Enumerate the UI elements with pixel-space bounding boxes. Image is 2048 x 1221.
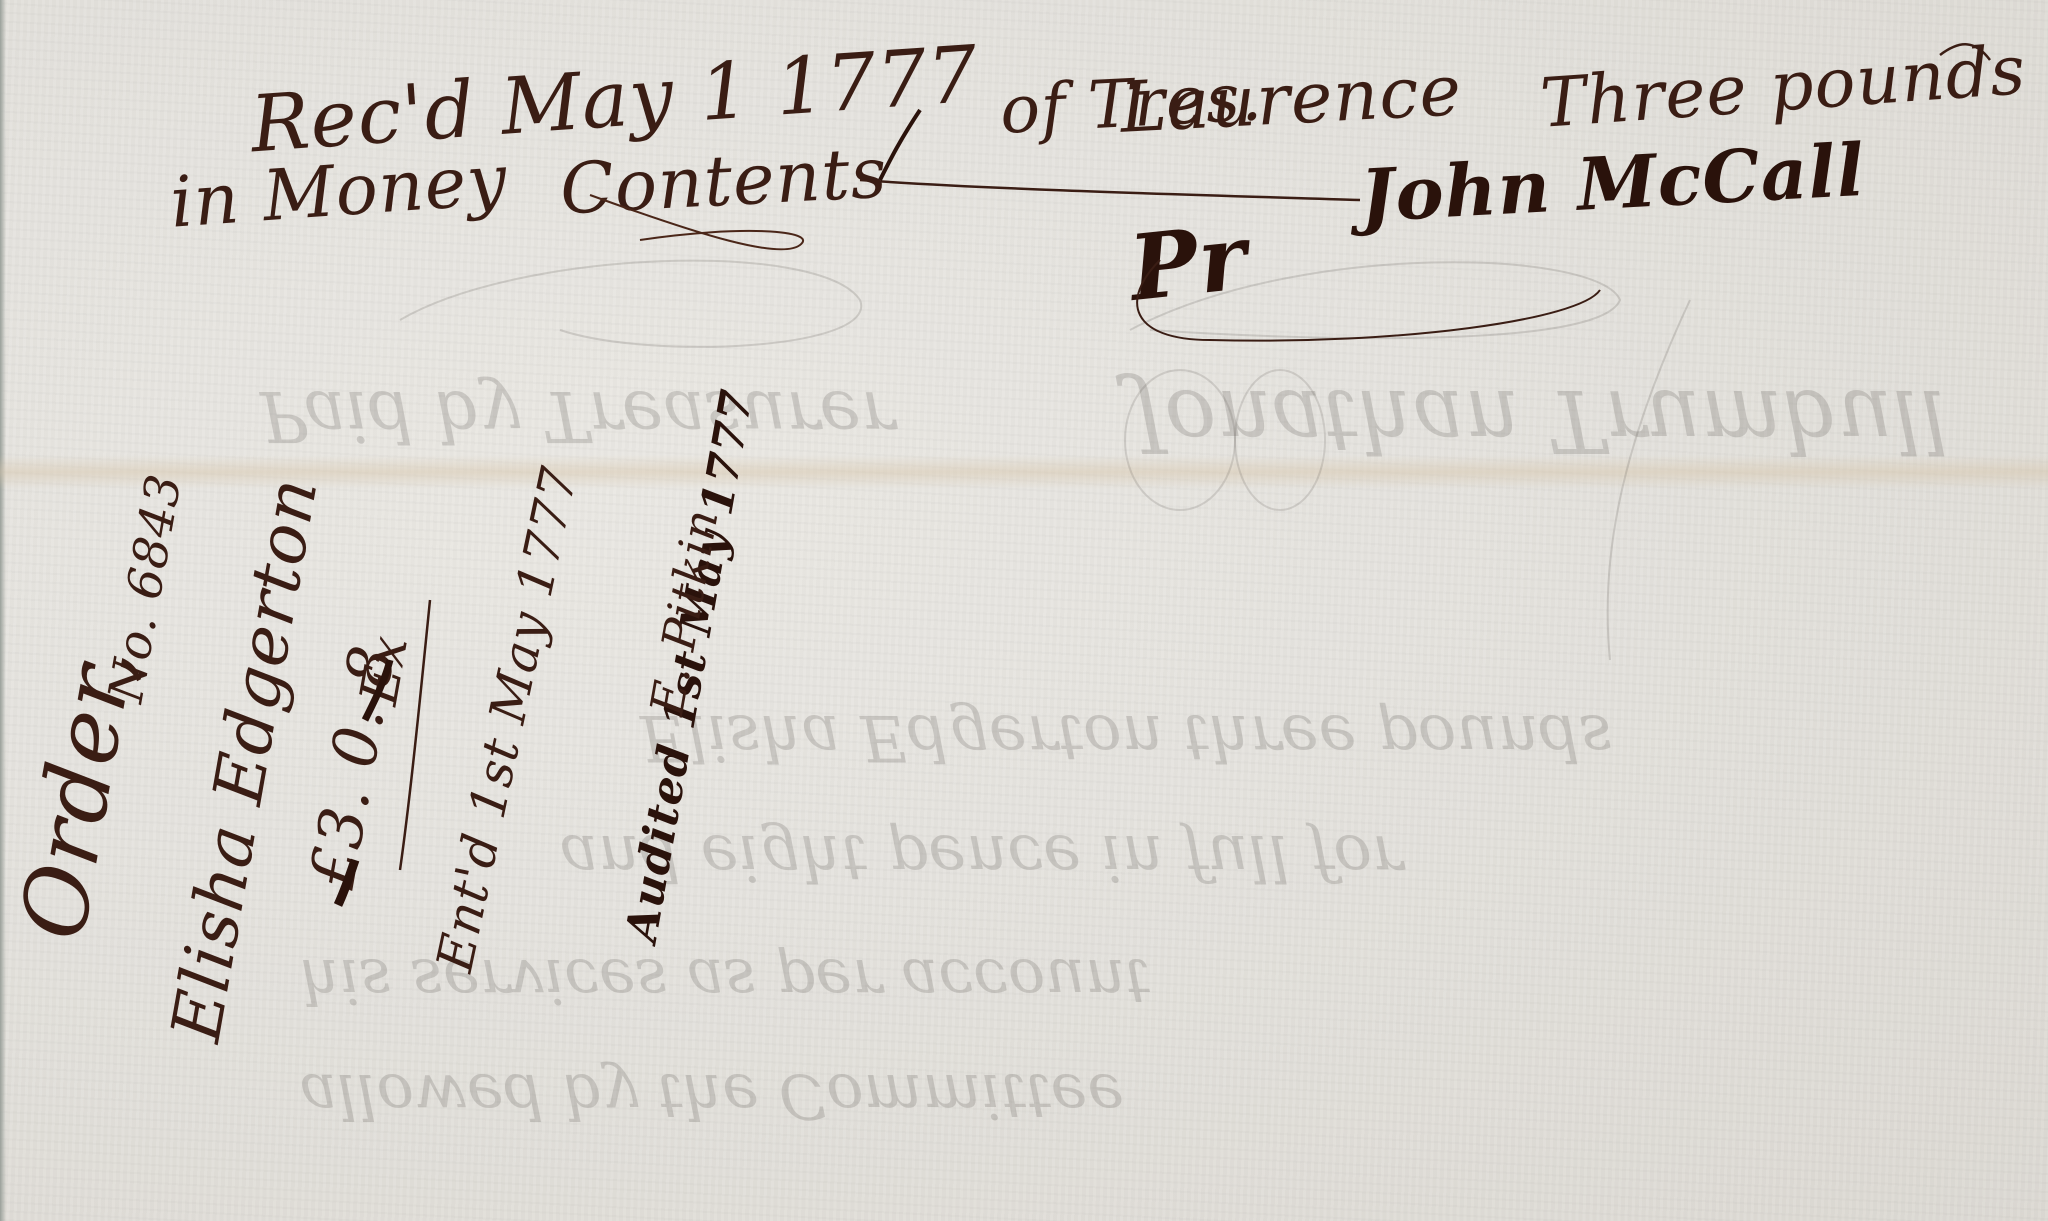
receipt-amount-words: Three pounds &	[1538, 25, 2048, 144]
signature: John McCall	[1358, 127, 1867, 238]
bleed-through-line: allowed by the Committee	[300, 1060, 1124, 1133]
receipt-contents-label: Contents	[558, 131, 889, 230]
bleed-through-line: Paid by Treasurer	[260, 375, 894, 457]
docket-ex-mark: Ex	[349, 631, 420, 710]
receipt-per-mark: Pr	[1125, 204, 1253, 322]
receipt-money-label: in Money	[168, 138, 511, 243]
manuscript-page: Jonathan Trumbull Paid by Treasurer Elis…	[0, 0, 2048, 1221]
page-edge-shadow	[0, 0, 6, 1221]
receipt-payer: Laurence	[1118, 49, 1464, 149]
bleed-through-line: Jonathan Trumbull	[1130, 370, 1948, 470]
docket-entered: Ent'd 1st May 1777	[425, 461, 589, 976]
docket-number: No. 6843	[98, 470, 193, 707]
bleed-through-line: Elisha Edgerton three pounds	[640, 700, 1613, 774]
